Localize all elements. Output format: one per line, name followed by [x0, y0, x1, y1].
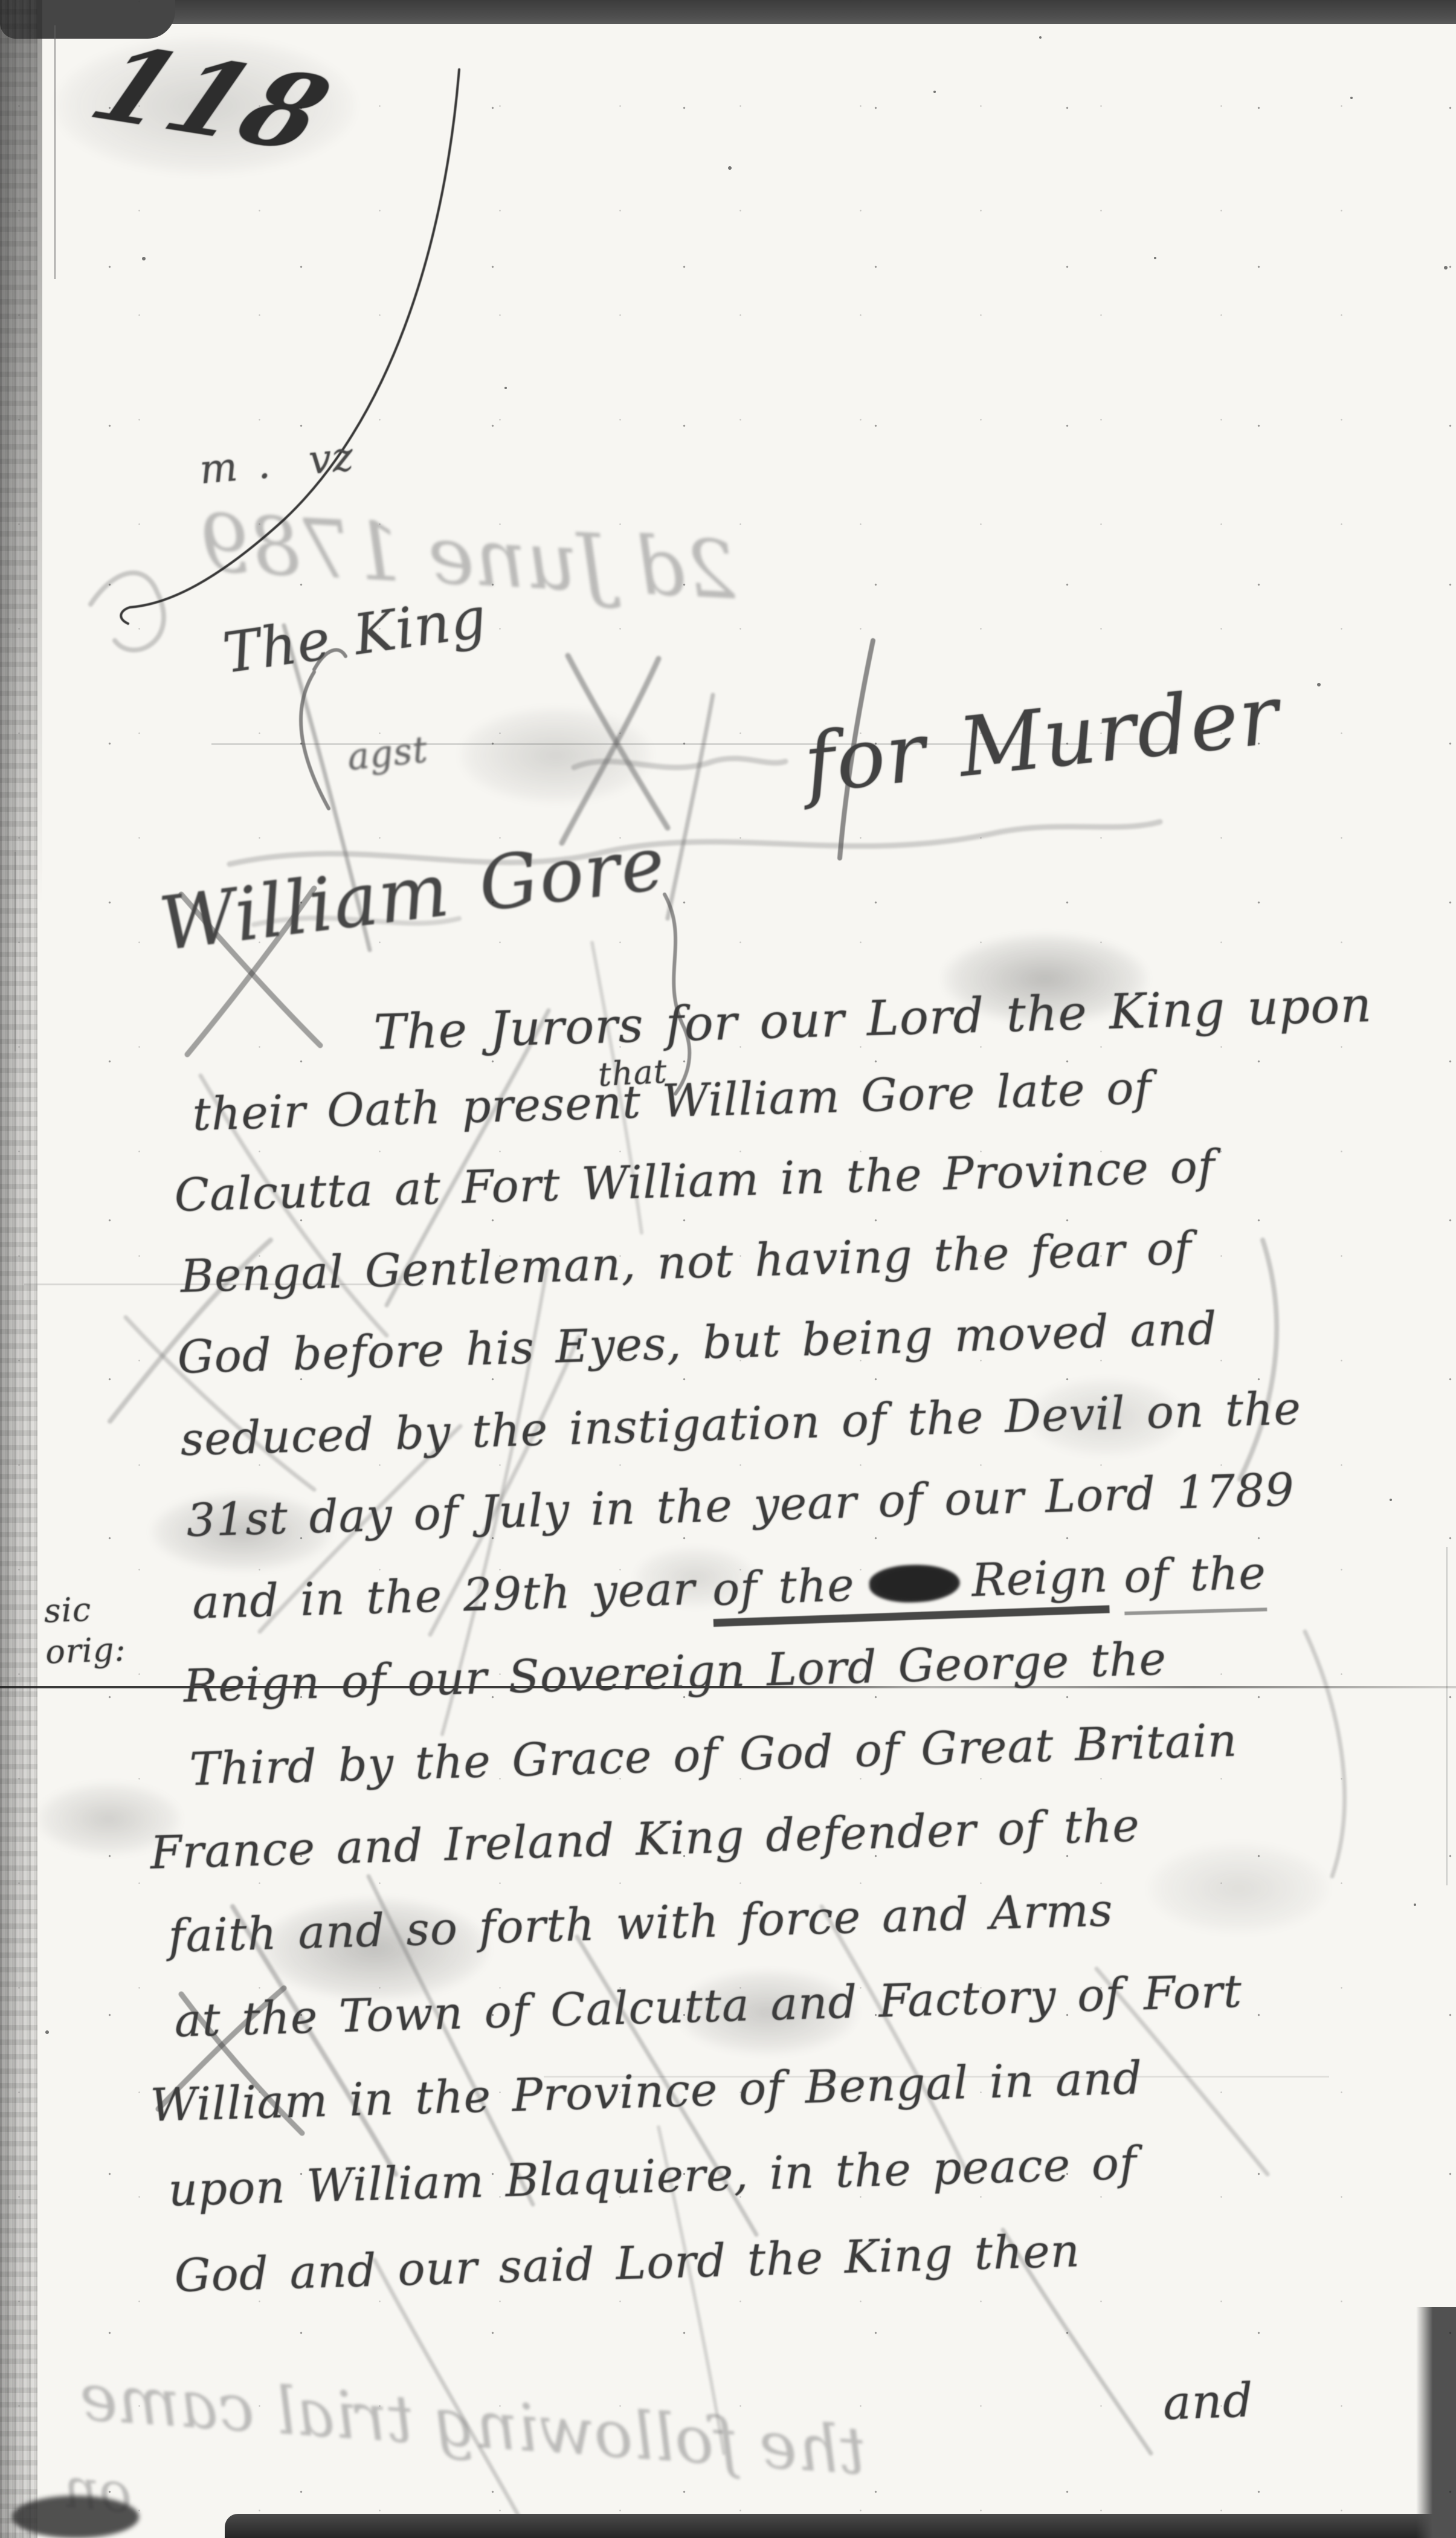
- ink-speck: [504, 387, 507, 389]
- ink-speck: [142, 257, 146, 260]
- ink-speck: [1154, 257, 1156, 259]
- margin-crease-line: [14, 852, 16, 1051]
- corner-blob: [12, 2496, 139, 2538]
- margin-note-sic-orig: sic orig:: [43, 1588, 127, 1673]
- margin-crease-line: [1446, 1547, 1448, 1885]
- ink-speck: [45, 2030, 49, 2034]
- ink-speck: [1390, 1499, 1392, 1501]
- margin-note-line2: orig:: [45, 1629, 127, 1672]
- ink-smudge: [459, 707, 652, 804]
- annotation-left: m .: [198, 441, 272, 493]
- ink-speck: [1039, 36, 1042, 39]
- underlined-phrase: of theReign: [711, 1549, 1109, 1627]
- body-trailing-word: and: [1162, 2373, 1254, 2430]
- brace-right: [665, 894, 689, 1094]
- ink-speck: [1444, 266, 1448, 270]
- annotation-right: vz: [307, 433, 355, 483]
- manuscript-page: 2d June 1789 the following trial came on: [0, 0, 1456, 2538]
- binding-edge-shadow: [0, 0, 42, 906]
- underlined-text: Reign: [970, 1549, 1109, 1607]
- underlined-text: of the: [711, 1558, 855, 1616]
- annotation-gap: [272, 474, 311, 477]
- ink-speck: [933, 91, 936, 93]
- ink-blot: [868, 1563, 960, 1604]
- margin-crease-line: [54, 25, 56, 279]
- ink-speck: [1414, 1903, 1416, 1906]
- margin-note-line1: sic: [43, 1588, 126, 1632]
- scan-edge-right: [1416, 2307, 1456, 2538]
- case-title-versus: agst: [346, 728, 430, 779]
- scan-edge-bottom: [225, 2514, 1456, 2538]
- scan-edge-top: [0, 0, 1456, 24]
- ink-speck: [728, 166, 732, 170]
- ink-smudge: [1148, 1843, 1329, 1934]
- ink-speck: [1350, 97, 1353, 99]
- ink-speck: [1317, 683, 1321, 686]
- underlined-text-light: of the: [1123, 1546, 1268, 1615]
